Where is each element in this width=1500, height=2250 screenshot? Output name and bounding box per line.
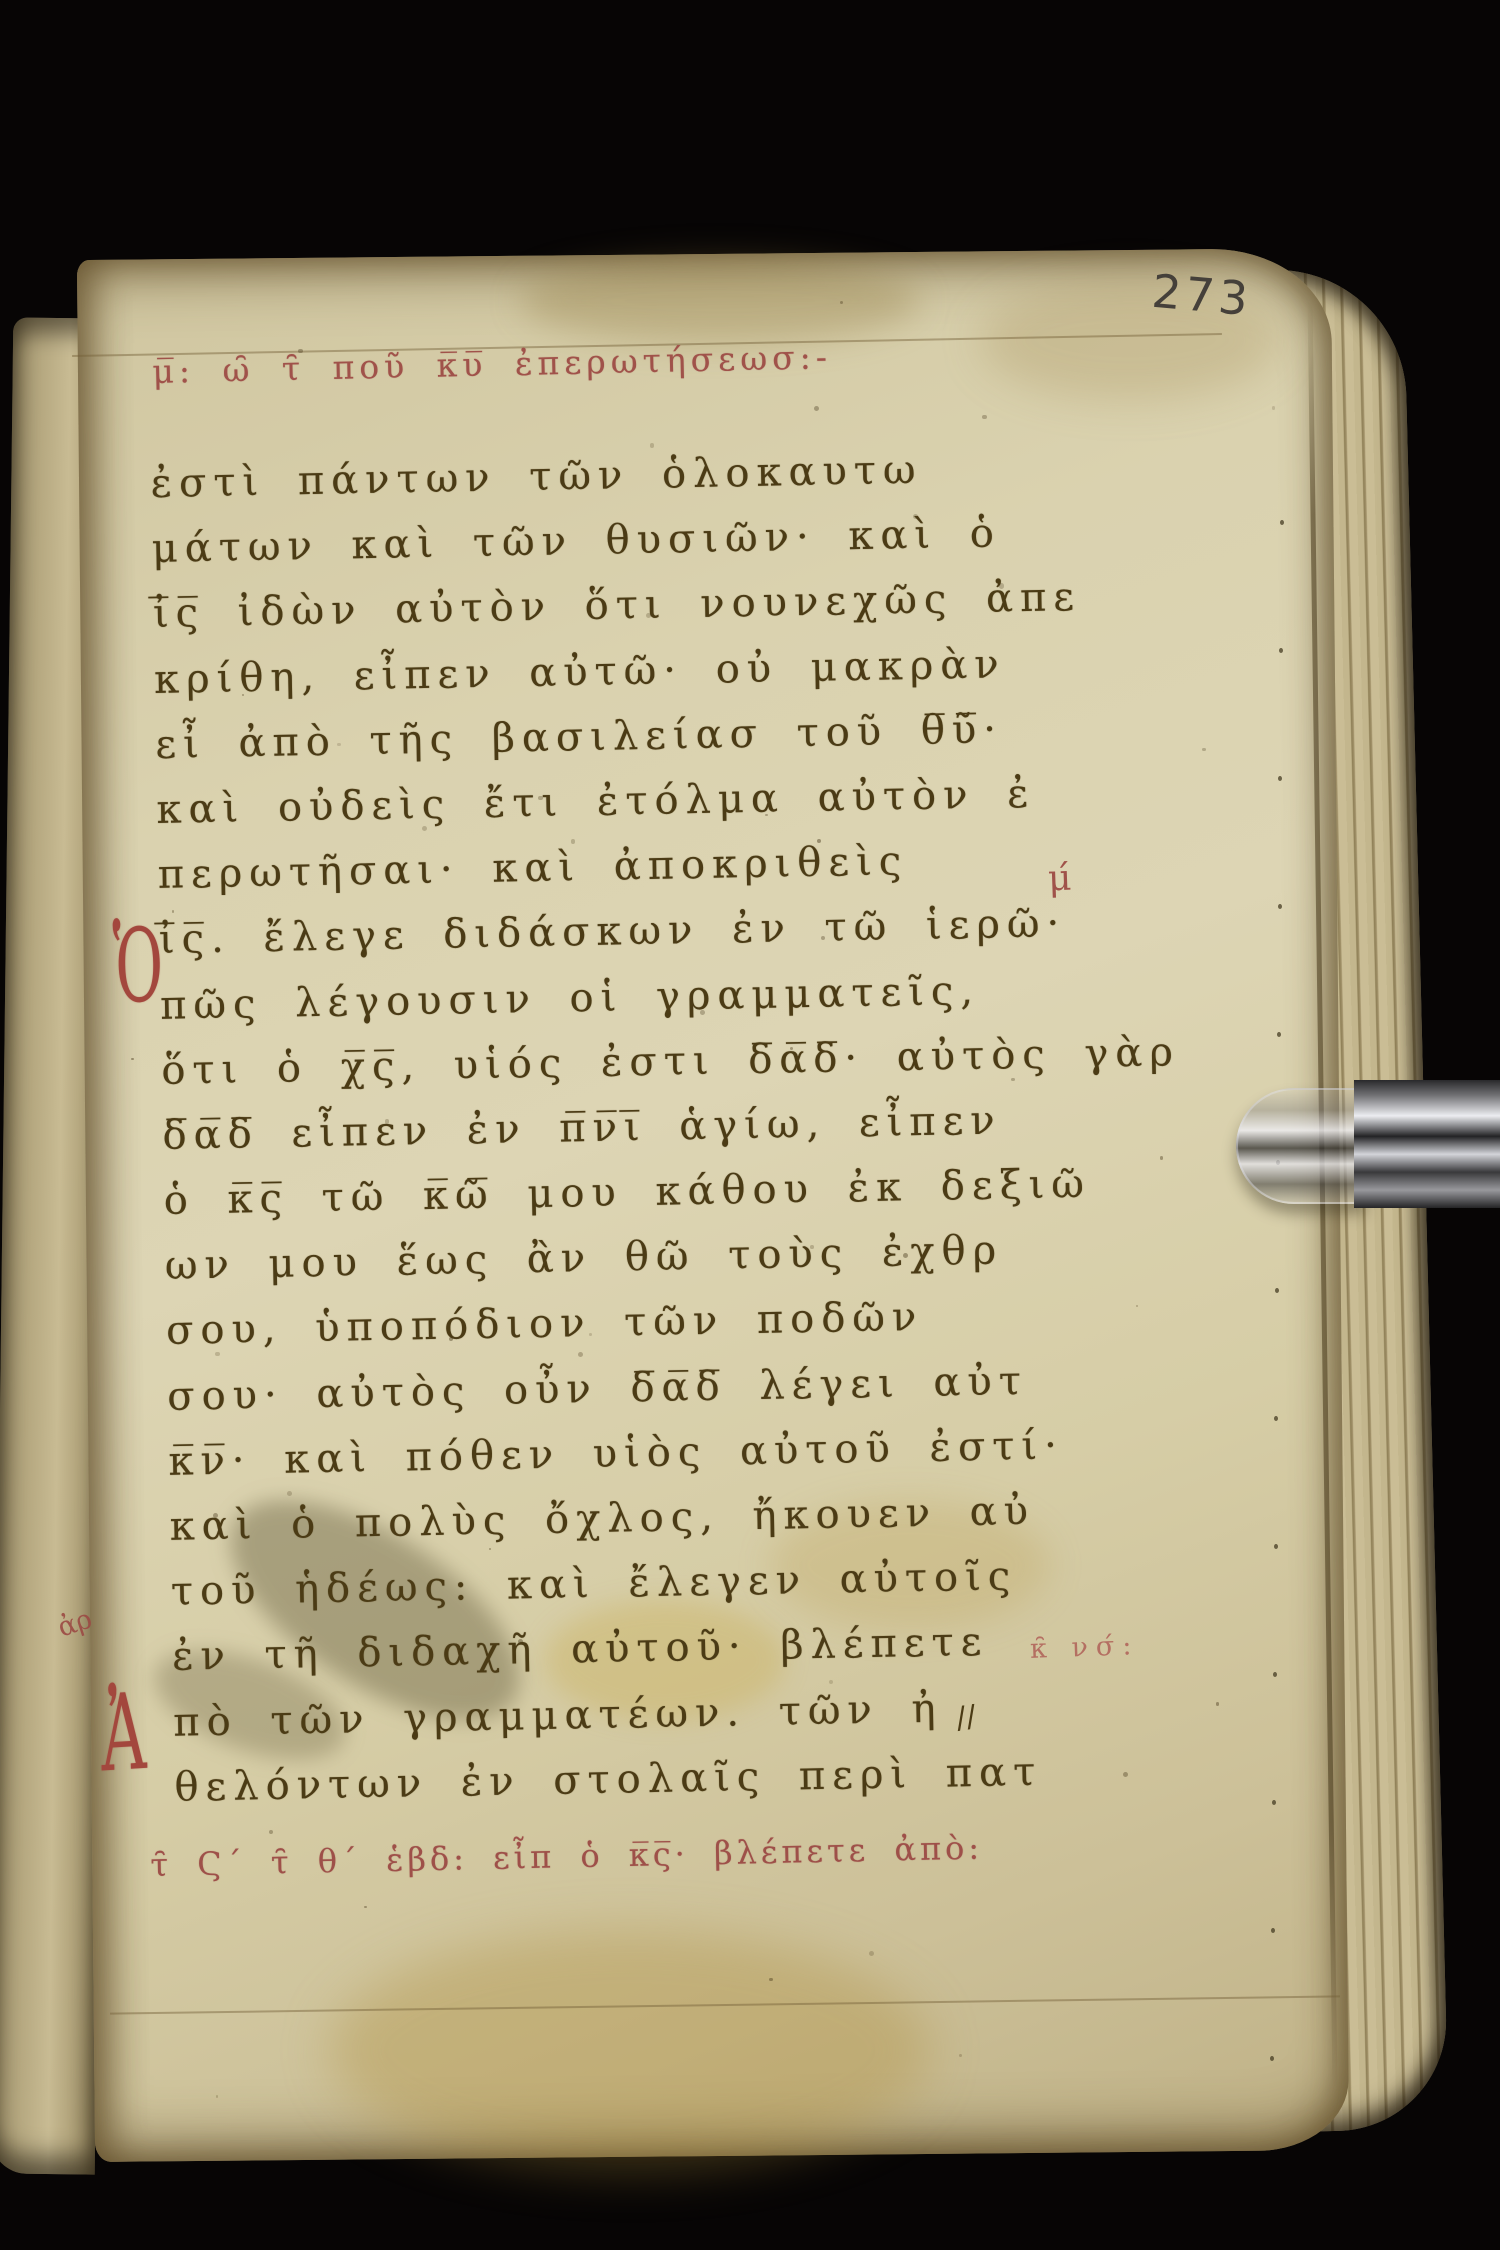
pricking-hole <box>1278 904 1282 909</box>
parchment-freckle <box>769 1978 773 1982</box>
parchment-freckle <box>1216 1702 1220 1706</box>
page-holder-rod-bar <box>1354 1080 1500 1208</box>
parchment-freckle <box>840 301 843 304</box>
page-holder-rod <box>1236 1080 1500 1208</box>
margin-lection-note: κ̑ νσ́: <box>1029 1630 1139 1665</box>
pricking-hole <box>1277 1032 1281 1037</box>
parchment-freckle <box>982 415 986 419</box>
text-lines: ἐστὶ πάντων τῶν ὁλοκαυτωμάτων καὶ τῶν θυ… <box>150 436 1075 1821</box>
pricking-hole <box>1274 1544 1278 1549</box>
photo-scene: 273 μ̅: ω̑ τ̑ ποῦ κ̅υ̅ ἐπερωτήσεωσ:- ἐστ… <box>0 0 1500 2250</box>
rubricated-initial-alpha: Ἀ <box>100 1669 147 1796</box>
page-holder-rod-tip <box>1236 1088 1366 1204</box>
parchment-freckle <box>1272 406 1275 409</box>
pricking-hole <box>1280 520 1284 525</box>
rubricated-initial-omicron: Ὁ <box>112 905 164 1027</box>
folio-number: 273 <box>1150 264 1254 326</box>
parchment-freckle <box>1202 748 1206 752</box>
parchment-freckle <box>814 406 819 411</box>
margin-kephalaion-number: μ́ <box>1047 858 1072 900</box>
pricking-hole <box>1272 1800 1276 1805</box>
pricking-hole <box>1273 1672 1277 1677</box>
parchment-freckle <box>1123 1772 1128 1777</box>
